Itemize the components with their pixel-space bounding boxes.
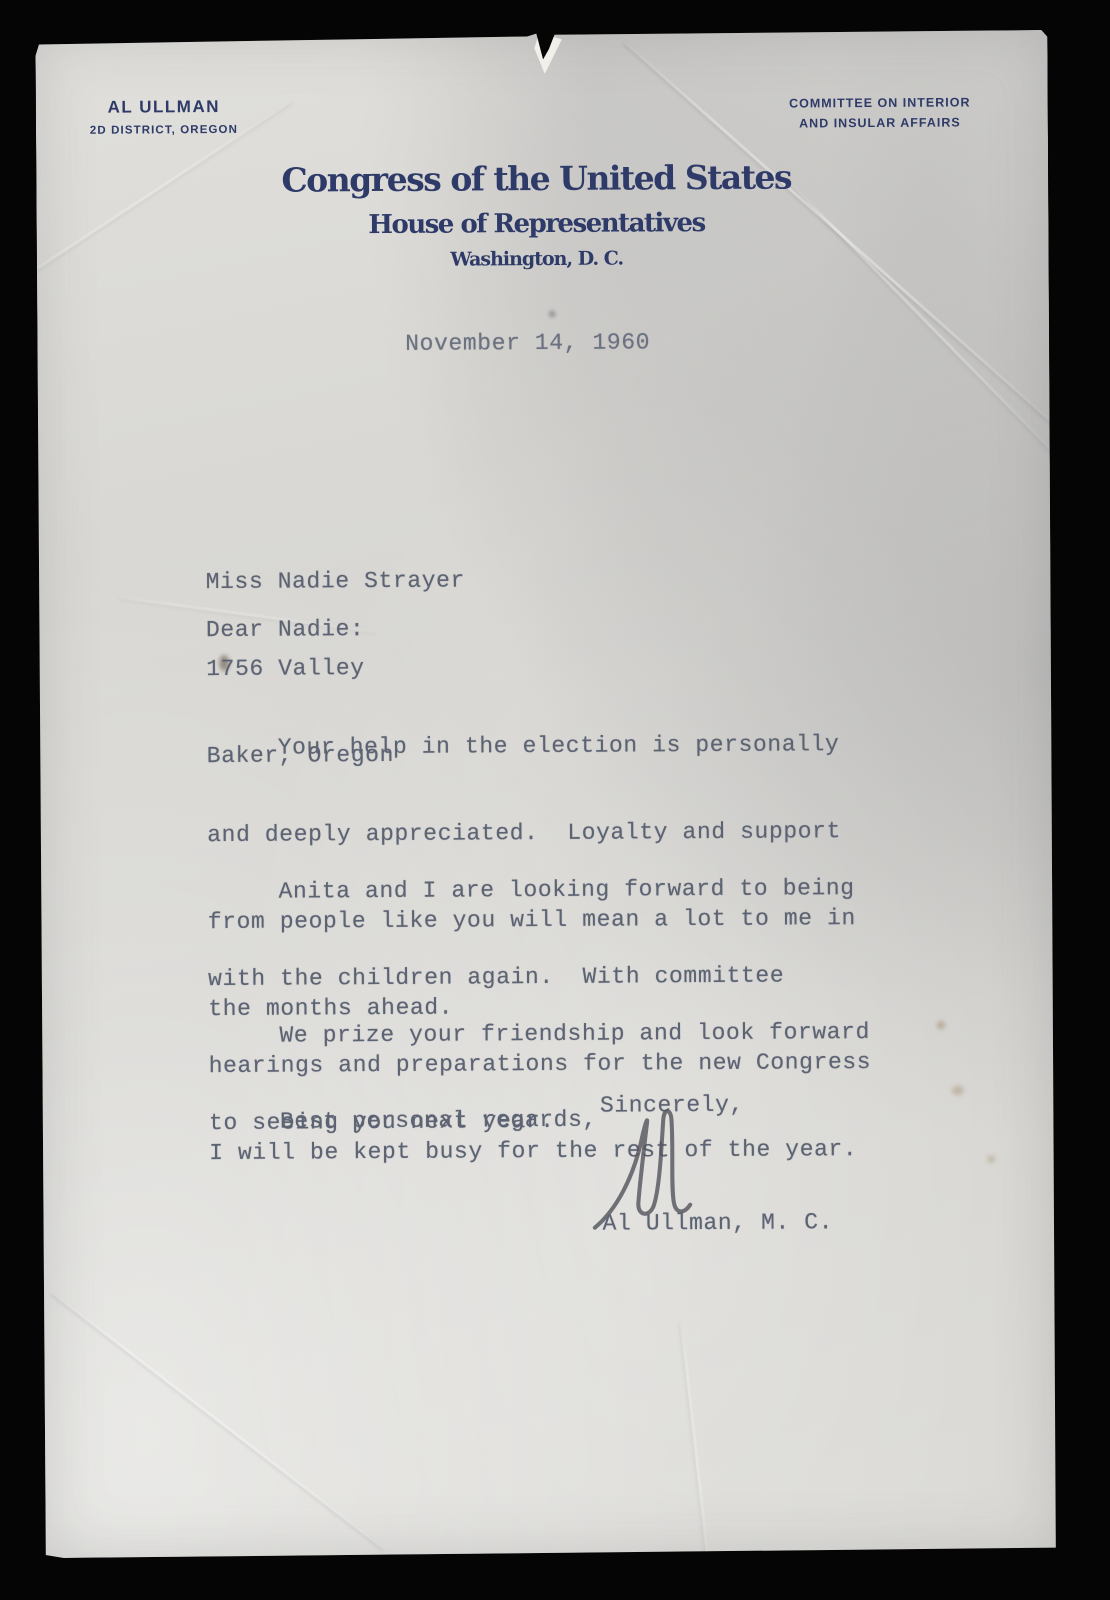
stain <box>987 1155 995 1163</box>
body-line: Best personal regards, <box>209 1106 597 1137</box>
typed-signature: Al Ullman, M. C. <box>603 1208 834 1238</box>
body-line: We prize your friendship and look forwar… <box>208 1018 870 1051</box>
committee-line: AND INSULAR AFFAIRS <box>776 112 984 133</box>
stain <box>549 311 555 317</box>
body-line: Your help in the election is personally <box>207 730 855 763</box>
address-line: Miss Nadie Strayer <box>206 566 465 597</box>
body-line: Anita and I are looking forward to being <box>208 874 871 907</box>
salutation: Dear Nadie: <box>206 615 365 645</box>
valediction: Best personal regards, <box>209 1048 598 1195</box>
institution-title: Congress of the United States <box>30 156 1042 201</box>
stain <box>936 1021 945 1030</box>
city-line: Washington, D. C. <box>31 245 1043 273</box>
committee-line: COMMITTEE ON INTERIOR <box>776 92 984 113</box>
member-district: 2D DISTRICT, OREGON <box>80 124 248 137</box>
member-block: AL ULLMAN 2D DISTRICT, OREGON <box>80 97 248 137</box>
member-name: AL ULLMAN <box>80 97 248 118</box>
committee-block: COMMITTEE ON INTERIOR AND INSULAR AFFAIR… <box>776 92 984 133</box>
crease <box>680 1322 714 1600</box>
photo-background: AL ULLMAN 2D DISTRICT, OREGON COMMITTEE … <box>0 0 1110 1600</box>
letter-date: November 14, 1960 <box>405 328 650 358</box>
stain <box>952 1085 964 1095</box>
letter-paper: AL ULLMAN 2D DISTRICT, OREGON COMMITTEE … <box>35 30 1056 1558</box>
crease <box>51 1291 385 1550</box>
chamber-title: House of Representatives <box>30 206 1042 242</box>
torn-edge-flap <box>531 32 563 75</box>
